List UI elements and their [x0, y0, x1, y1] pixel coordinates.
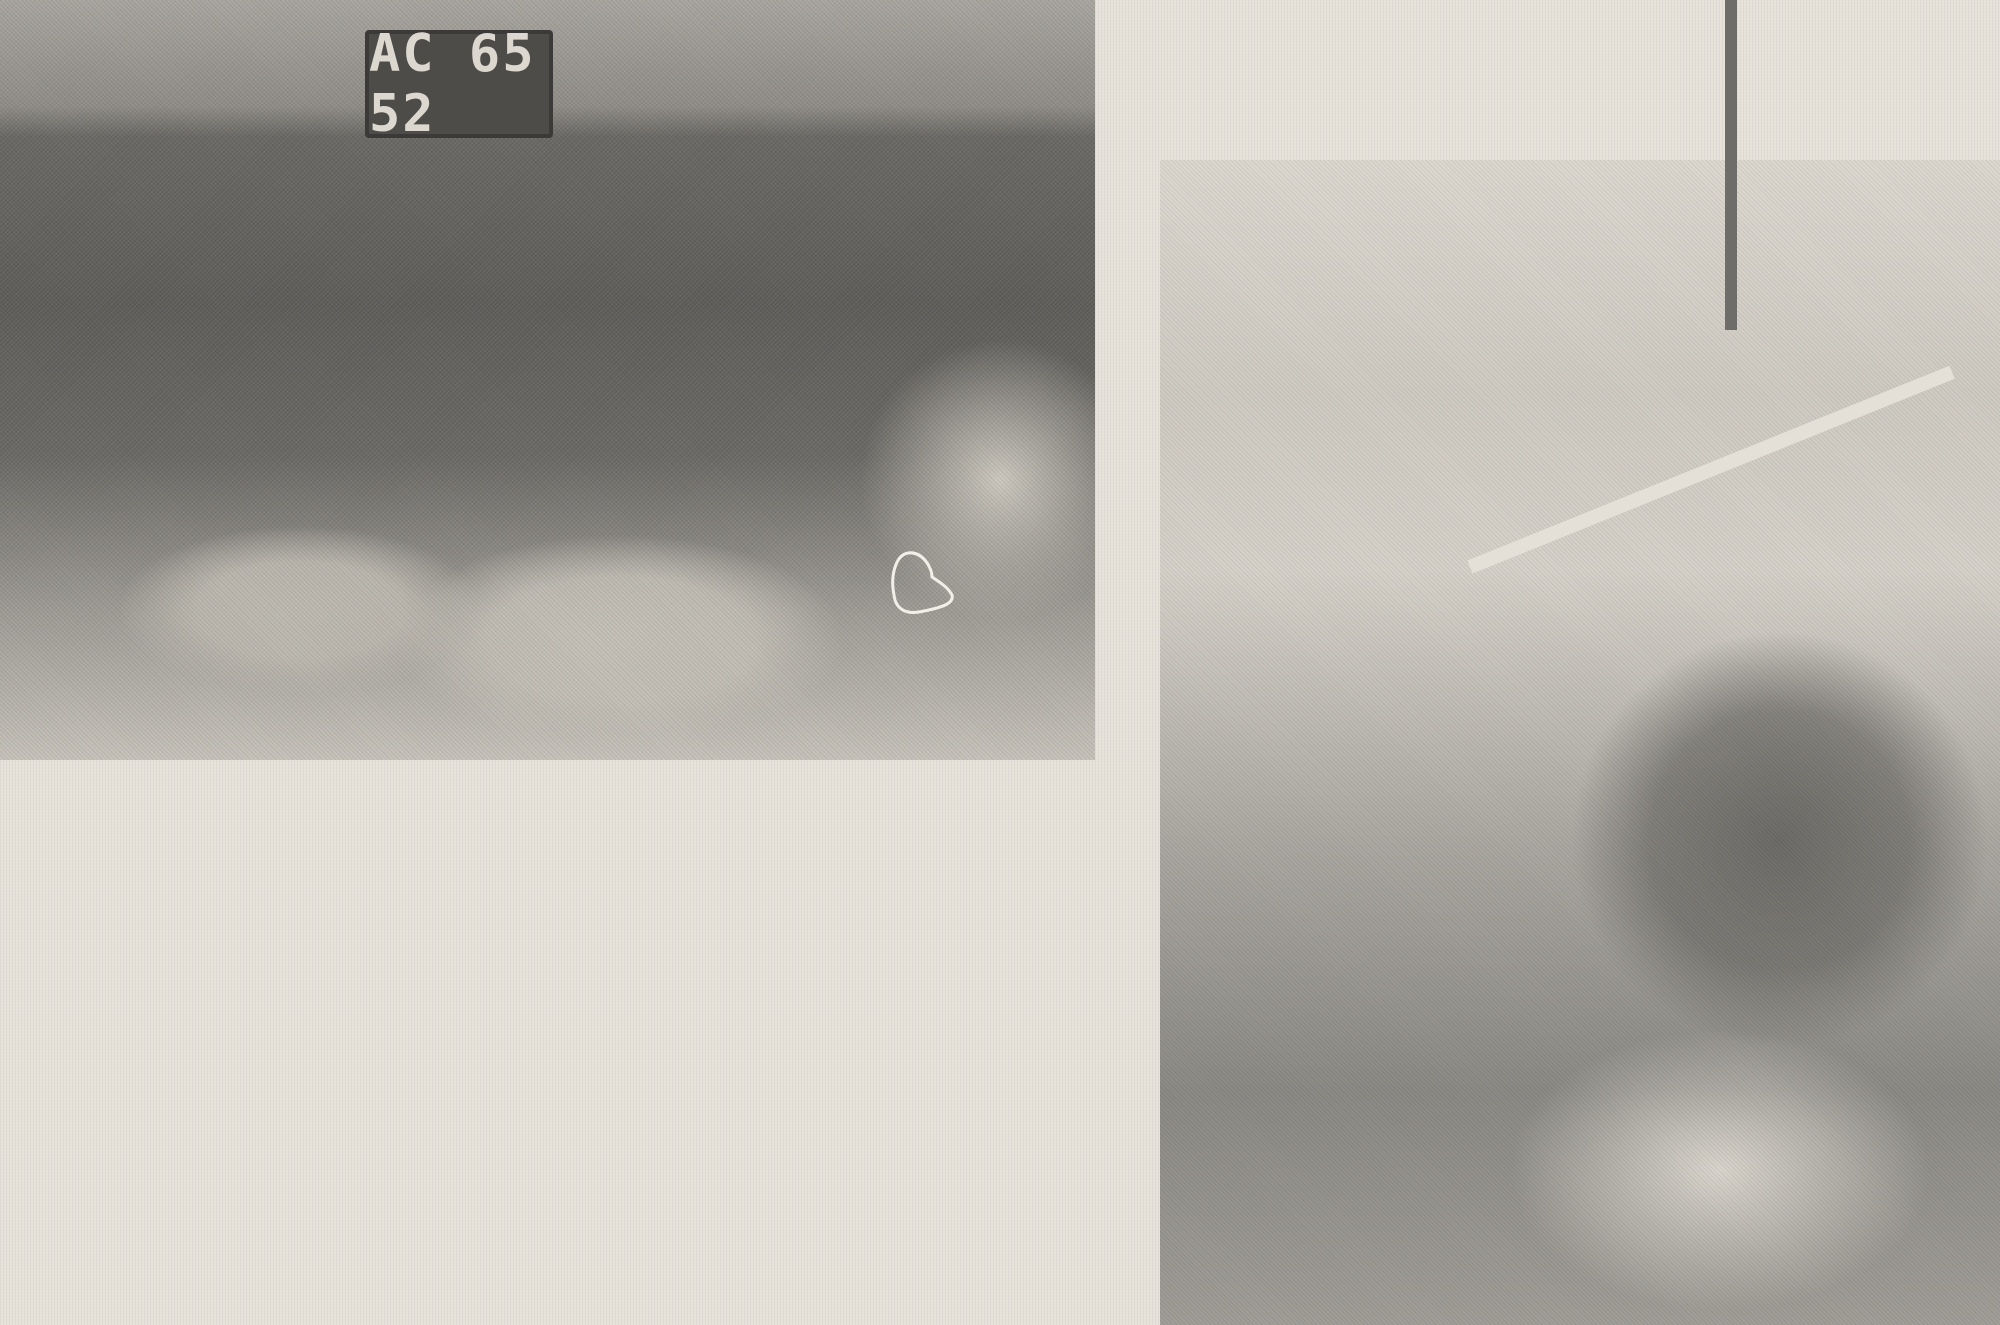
license-plate: AC 65 52	[365, 30, 553, 138]
heart-icon	[888, 545, 958, 620]
right-photo-panel	[1160, 160, 2000, 1325]
license-plate-text: AC 65 52	[369, 24, 549, 144]
pole	[1725, 0, 1737, 330]
